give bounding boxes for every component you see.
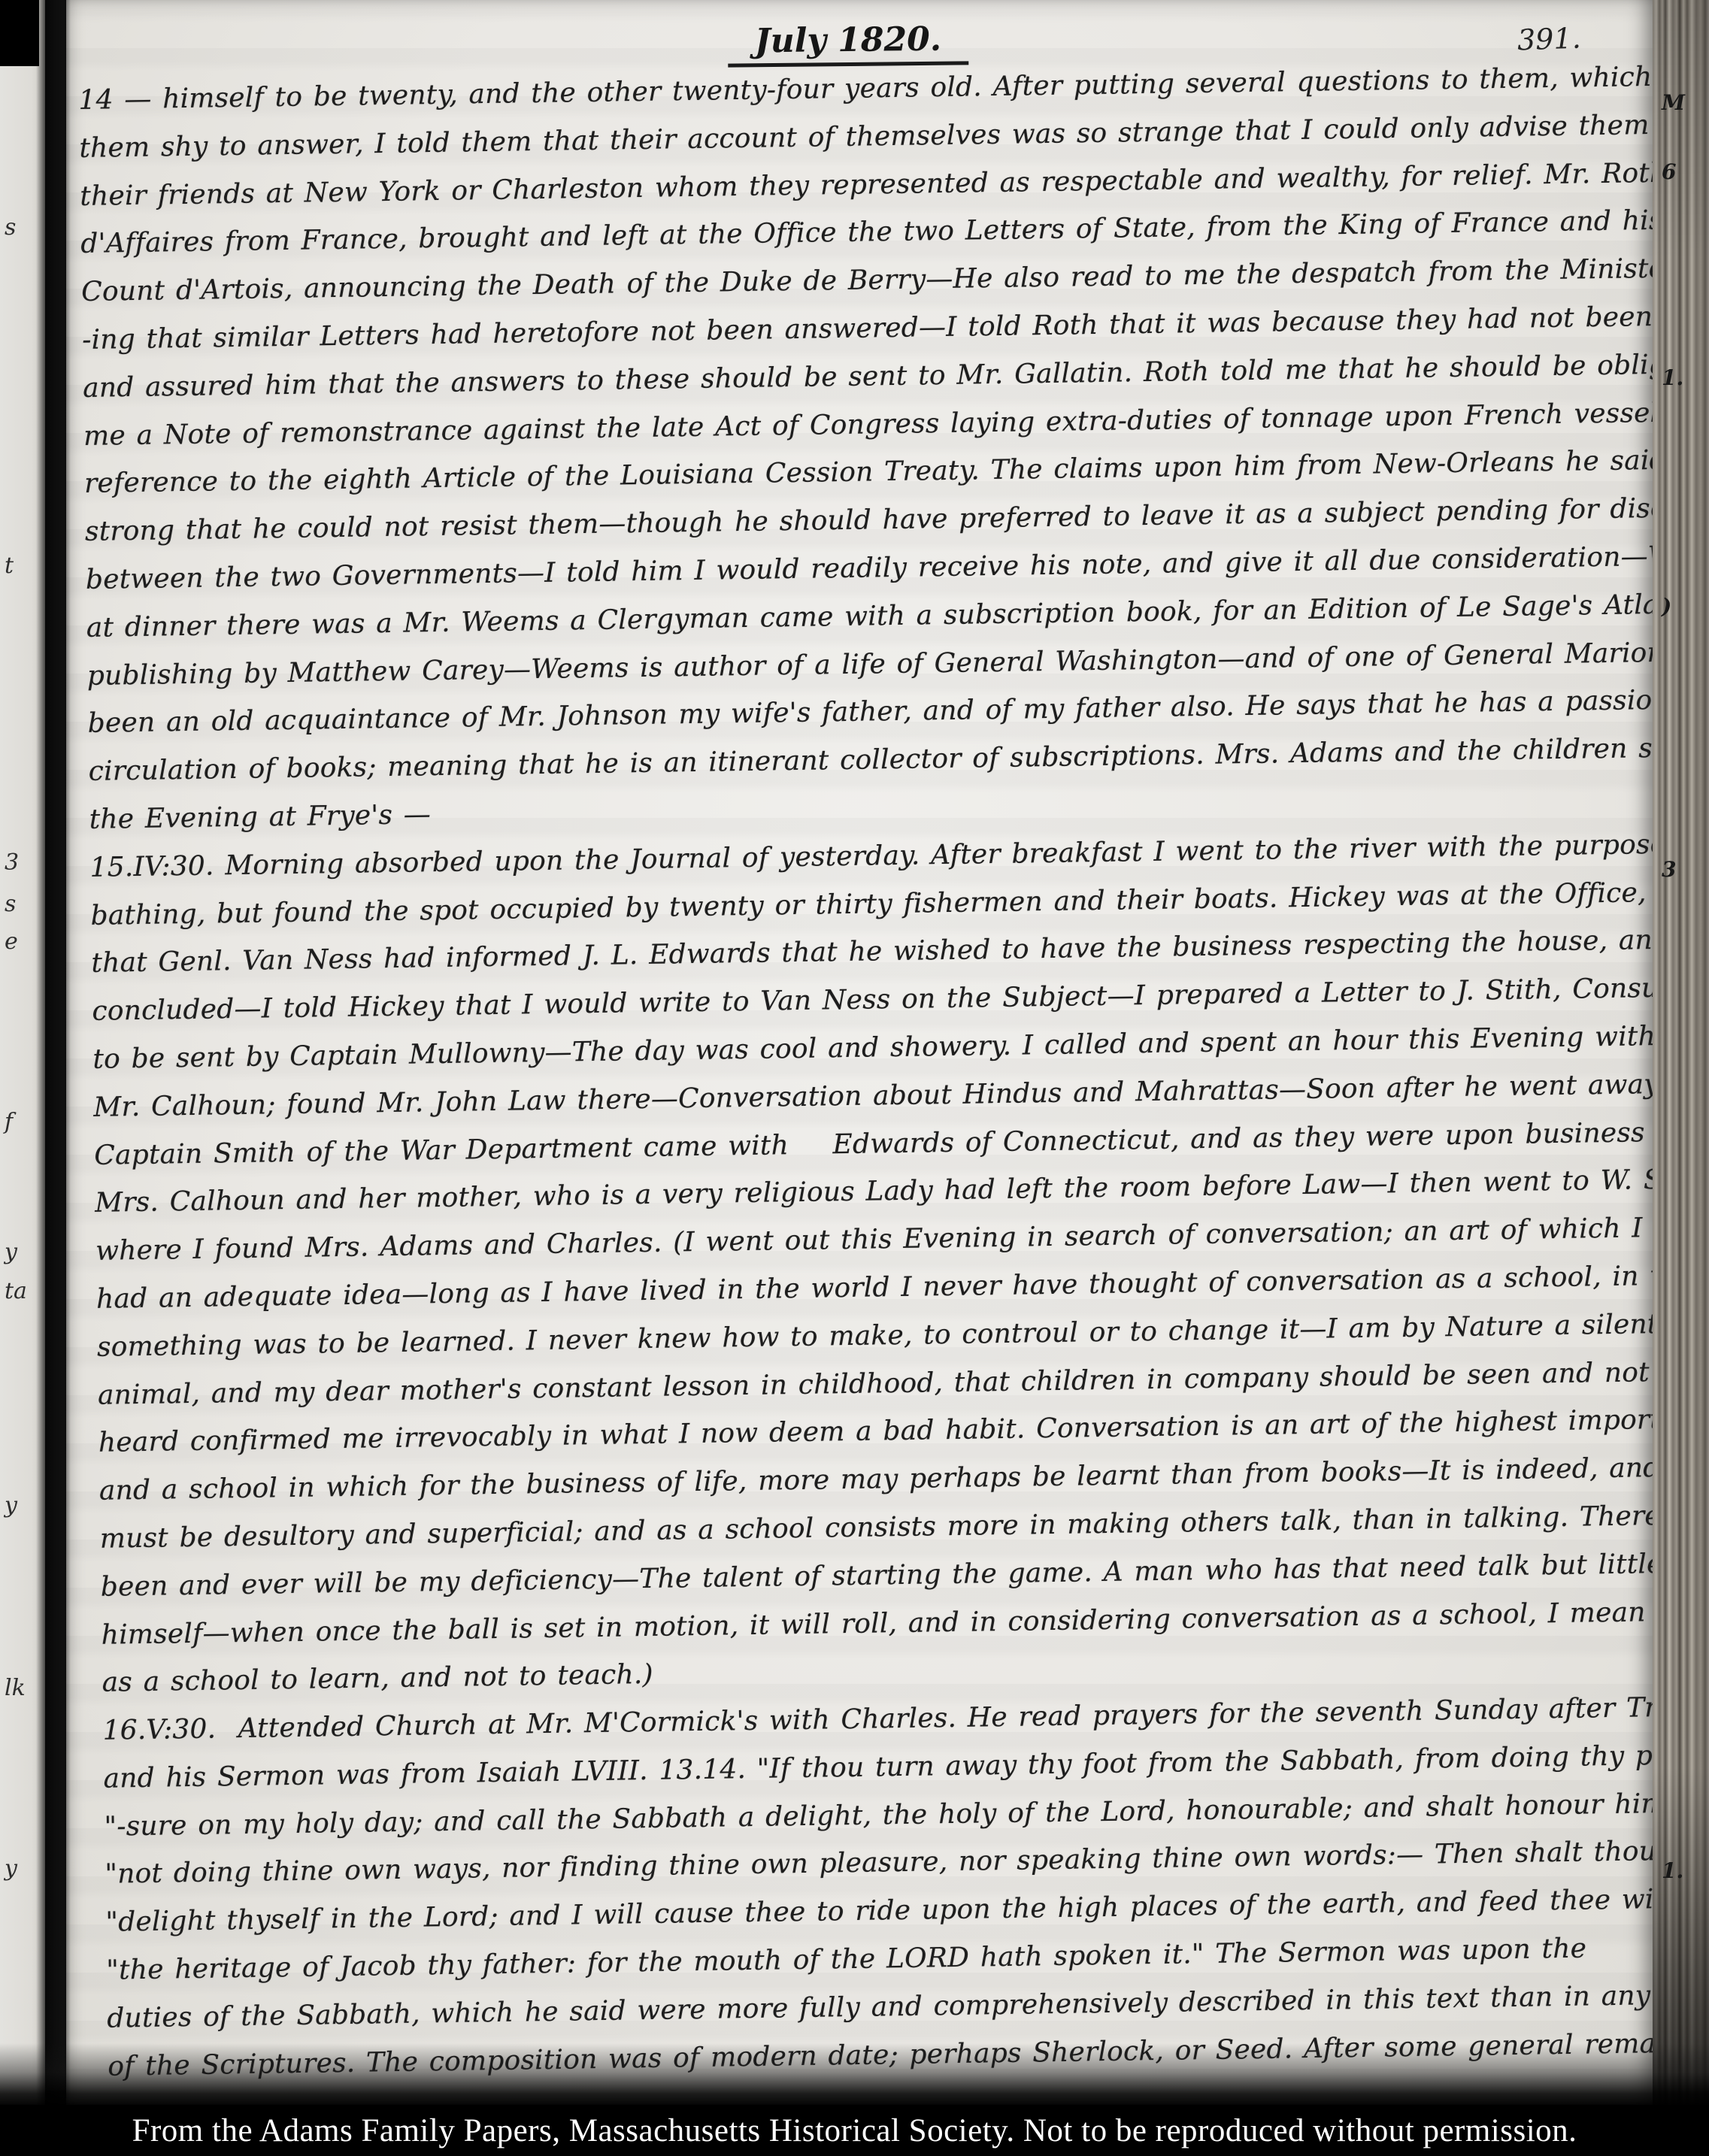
fore-edge-mark: )	[1662, 594, 1671, 619]
facing-page-text-fragment: y	[5, 1239, 17, 1265]
page-number: 391.	[1517, 22, 1581, 57]
facing-page-text-fragment: f	[5, 1109, 13, 1135]
manuscript-page: July 1820. 391. 14 — himself to be twent…	[66, 0, 1654, 2156]
page-bottom-shadow	[0, 2043, 1709, 2108]
scan-corner-black	[0, 0, 39, 66]
facing-page-text-fragment: s	[5, 891, 16, 917]
page-title: July 1820.	[728, 20, 969, 67]
facing-page-text-fragment: y	[5, 1855, 17, 1882]
manuscript-body: 14 — himself to be twenty, and the other…	[78, 53, 1672, 2091]
manuscript-scan: st3sefytaylky July 1820. 391. 14 — himse…	[0, 0, 1709, 2156]
fore-edge-mark: M	[1662, 90, 1685, 115]
book-fore-edge: M61.)31.	[1653, 0, 1709, 2156]
fore-edge-mark: 3	[1662, 857, 1676, 882]
facing-page-text-fragment: t	[5, 553, 14, 579]
facing-page-text-fragment: 3	[5, 849, 19, 876]
facing-page-text-fragment: y	[5, 1492, 17, 1519]
facing-page-text-fragment: e	[5, 928, 18, 955]
footer-credit-text: From the Adams Family Papers, Massachuse…	[132, 2112, 1577, 2149]
gutter-shadow	[36, 0, 71, 2156]
fore-edge-mark: 1.	[1662, 365, 1683, 390]
facing-page-text-fragment: s	[5, 214, 16, 241]
facing-page-text-fragment: lk	[5, 1675, 26, 1701]
fore-edge-mark: 1.	[1662, 1858, 1683, 1883]
facing-page-text-fragment: ta	[5, 1278, 27, 1304]
footer-credit-bar: From the Adams Family Papers, Massachuse…	[0, 2105, 1709, 2156]
fore-edge-mark: 6	[1662, 159, 1676, 184]
